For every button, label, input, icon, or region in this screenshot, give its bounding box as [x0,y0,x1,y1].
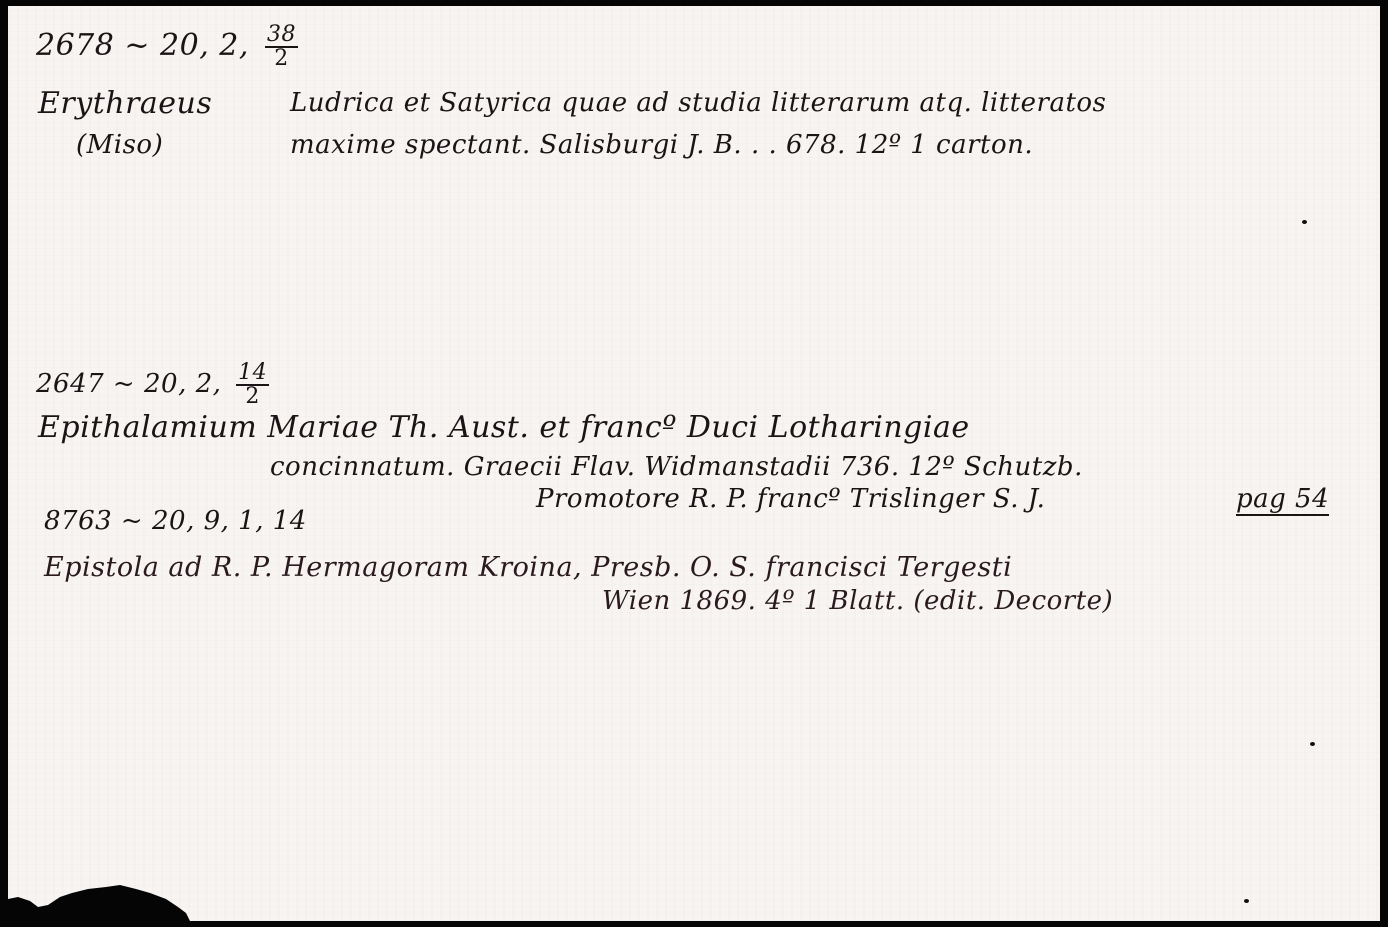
entry-2-title-line-2: concinnatum. Graecii Flav. Widmanstadii … [270,452,1083,482]
fraction-bottom: 2 [236,386,269,408]
catalog-card: 2678 ~ 20, 2, 382 Erythraeus (Miso) Ludr… [8,6,1380,921]
call-fraction: 382 [265,24,298,70]
call-number-text: 2678 ~ 20, 2, [36,28,259,63]
entry-1-title-line-2: maxime spectant. Salisburgi J. B. . . 67… [290,130,1033,160]
entry-1-author-note: (Miso) [76,130,163,160]
ink-spot [1244,899,1249,903]
entry-1-author: Erythraeus [38,86,212,121]
entry-2-page-ref: pag 54 [1236,484,1329,516]
entry-3-call-number: 8763 ~ 20, 9, 1, 14 [44,506,307,536]
entry-3-title-line-2: Wien 1869. 4º 1 Blatt. (edit. Decorte) [602,586,1113,616]
call-fraction: 142 [236,362,269,408]
ink-spot [1310,742,1315,746]
entry-1-title-line-1: Ludrica et Satyrica quae ad studia litte… [290,88,1106,118]
entry-1-call-number: 2678 ~ 20, 2, 382 [36,24,298,70]
entry-2-call-number: 2647 ~ 20, 2, 142 [36,362,269,408]
entry-2-title-line-3: Promotore R. P. francº Trislinger S. J. [536,484,1045,514]
ink-spot [1302,220,1307,224]
fraction-bottom: 2 [265,48,298,70]
entry-2-title-line-1: Epithalamium Mariae Th. Aust. et francº … [38,410,970,445]
fraction-top: 38 [265,24,298,48]
fraction-top: 14 [236,362,269,386]
entry-3-title-line-1: Epistola ad R. P. Hermagoram Kroina, Pre… [44,552,1012,583]
torn-corner [8,871,198,921]
call-number-text: 2647 ~ 20, 2, [36,369,230,399]
